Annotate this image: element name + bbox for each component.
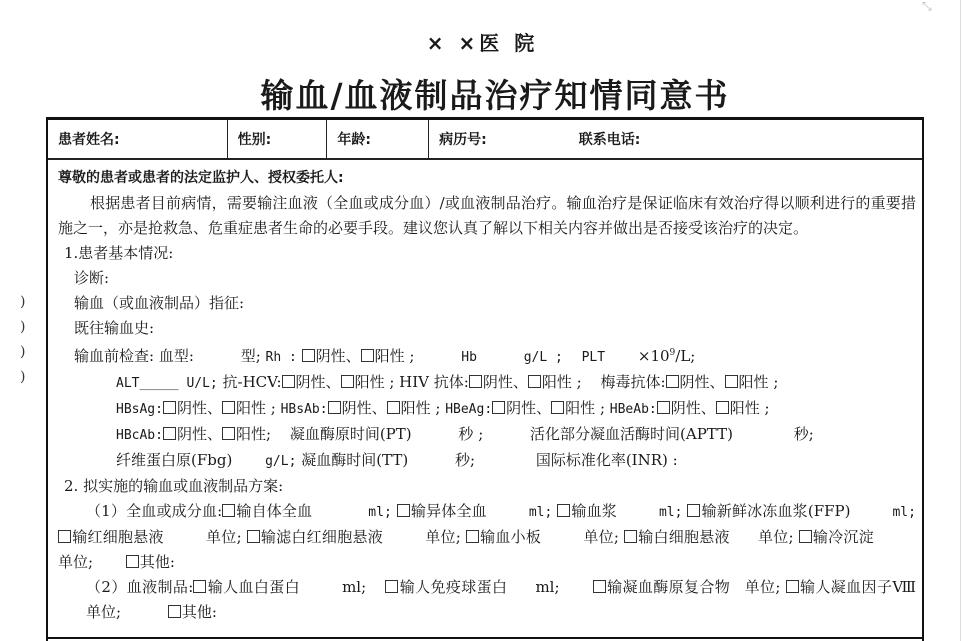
checkbox-immunoglobulin[interactable] [385, 580, 398, 593]
history-label: 既往输血史: [58, 316, 916, 341]
age-label: 年龄: [337, 129, 371, 149]
checkbox-plasma[interactable] [557, 504, 570, 517]
fbg-unit: g/L; [265, 454, 296, 469]
positive-label: 阳性 ; [730, 399, 770, 417]
checkbox-allogeneic-whole-blood[interactable] [397, 504, 410, 517]
item-label: 输血小板 [480, 528, 541, 546]
item-label: 输异体全血 [411, 502, 487, 520]
item-unit: 单位; [425, 528, 461, 546]
hbeag-label: HBeAg: [445, 402, 492, 417]
hbeab-label: HBeAb: [610, 402, 657, 417]
checkbox-hiv-negative[interactable] [469, 375, 482, 388]
positive-label: 阳性 ; [236, 399, 276, 417]
expand-arrows-icon[interactable]: ⤡ [922, 0, 942, 12]
tt-unit: 秒; [455, 451, 475, 469]
checkbox-cryoprecipitate[interactable] [799, 530, 812, 543]
lab-row-1: ALT_____ U/L; 抗-HCV:阴性、阳性 ; HIV 抗体:阴性、阳性… [58, 370, 916, 396]
item-label: 输自体全血 [236, 502, 312, 520]
salutation: 尊敬的患者或患者的法定监护人、授权委托人: [58, 166, 916, 191]
lab-row-3: HBcAb:阴性、阳性; 凝血酶原时间(PT) 秒 ; 活化部分凝血活酶时间(A… [58, 422, 916, 448]
checkbox-hiv-positive[interactable] [528, 375, 541, 388]
checkbox-hbeag-positive[interactable] [551, 401, 564, 414]
hbsag-label: HBsAg: [116, 402, 163, 417]
item-label: 其他: [140, 553, 175, 571]
hcv-label: 抗-HCV: [223, 373, 282, 391]
aptt-unit: 秒; [794, 425, 814, 443]
pretest-row: 输血前检查: 血型: 型; Rh : 阴性、阳性 ; Hb g/L ; PLT … [58, 341, 916, 370]
checkbox-other-whole-blood[interactable] [126, 555, 139, 568]
margin-mark: ) [20, 315, 25, 340]
record-number-label: 病历号: [439, 129, 487, 149]
blood-products-label: （2）血液制品: [86, 578, 193, 596]
checkbox-other-products[interactable] [168, 605, 181, 618]
sex-label: 性别: [238, 129, 272, 149]
negative-label: 阴性、 [680, 373, 725, 391]
inr-label: 国际标准化率(INR) : [536, 451, 678, 469]
negative-label: 阴性、 [506, 399, 551, 417]
pt-label: 凝血酶原时间(PT) [290, 425, 412, 443]
checkbox-hbeab-positive[interactable] [716, 401, 729, 414]
item-unit: ml; [892, 505, 915, 520]
whole-blood-plan: （1）全血或成分血:输自体全血ml; 输异体全血ml; 输血浆ml; 输新鲜冰冻… [58, 499, 916, 575]
item-unit: ml; [535, 578, 559, 596]
record-phone-field[interactable]: 病历号:联系电话: [429, 120, 922, 158]
item-label: 输滤白红细胞悬液 [261, 528, 383, 546]
positive-label: 阳性 ; [375, 347, 415, 365]
negative-label: 阴性、 [483, 373, 528, 391]
checkbox-rh-negative[interactable] [302, 349, 315, 362]
patient-name-field[interactable]: 患者姓名: [48, 120, 228, 158]
whole-blood-label: （1）全血或成分血: [86, 502, 222, 520]
checkbox-hbsab-negative[interactable] [328, 401, 341, 414]
item-unit: ml; [368, 505, 391, 520]
pt-unit: 秒 ; [458, 425, 483, 443]
hb-unit: g/L ; [524, 350, 563, 365]
checkbox-hbsag-positive[interactable] [222, 401, 235, 414]
checkbox-autologous-whole-blood[interactable] [222, 504, 235, 517]
checkbox-albumin[interactable] [193, 580, 206, 593]
positive-label: 阳性 ; [401, 399, 441, 417]
item-label: 其他: [182, 603, 217, 621]
negative-label: 阴性、 [342, 399, 387, 417]
hb-label: Hb [461, 350, 477, 365]
lab-row-4: 纤维蛋白原(Fbg) g/L; 凝血酶时间(TT) 秒; 国际标准化率(INR)… [58, 448, 916, 474]
item-unit: ml; [659, 505, 682, 520]
checkbox-prothrombin-complex[interactable] [593, 580, 606, 593]
patient-name-label: 患者姓名: [58, 129, 120, 149]
positive-label: 阳性 ; [565, 399, 605, 417]
checkbox-rh-positive[interactable] [361, 349, 374, 362]
tt-label: 凝血酶时间(TT) [301, 451, 408, 469]
checkbox-syphilis-positive[interactable] [725, 375, 738, 388]
item-label: 输人血白蛋白 [207, 578, 300, 596]
intro-paragraph: 根据患者目前病情，需要输注血液（全血或成分血）/或血液制品治疗。输血治疗是保证临… [58, 191, 916, 241]
checkbox-hbsag-negative[interactable] [163, 401, 176, 414]
item-unit: 单位; [58, 553, 93, 571]
blood-type-label: 血型: [159, 347, 194, 365]
section1-title: 1.患者基本情况: [58, 241, 916, 266]
age-field[interactable]: 年龄: [327, 120, 429, 158]
item-label: 输新鲜冰冻血浆(FFP) [701, 502, 850, 520]
negative-label: 阴性、 [177, 399, 222, 417]
negative-label: 阴性、 [671, 399, 716, 417]
item-label: 输血浆 [571, 502, 617, 520]
positive-label: 阳性 ; [542, 373, 582, 391]
aptt-label: 活化部分凝血活酶时间(APTT) [530, 425, 733, 443]
form-content: 尊敬的患者或患者的法定监护人、授权委托人: 根据患者目前病情，需要输注血液（全血… [48, 160, 922, 625]
checkbox-hcv-positive[interactable] [341, 375, 354, 388]
checkbox-hbsab-positive[interactable] [387, 401, 400, 414]
hbcab-label: HBcAb: [116, 428, 163, 443]
item-unit: 单位; [583, 528, 619, 546]
negative-label: 阴性、 [316, 347, 361, 365]
margin-mark: ) [20, 290, 25, 315]
pretest-label: 输血前检查: [74, 347, 154, 365]
item-label: 输凝血酶原复合物 [607, 578, 731, 596]
item-label: 输人凝血因子Ⅷ [800, 578, 916, 596]
item-unit: ml; [342, 578, 366, 596]
margin-mark: ) [20, 365, 25, 390]
negative-label: 阴性、 [296, 373, 341, 391]
checkbox-hcv-negative[interactable] [282, 375, 295, 388]
checkbox-hbeag-negative[interactable] [492, 401, 505, 414]
hiv-label: HIV 抗体: [399, 373, 469, 391]
margin-marks: ) ) ) ) [20, 290, 25, 390]
item-label: 输红细胞悬液 [72, 528, 164, 546]
rh-label: Rh : [266, 350, 297, 365]
checkbox-red-cell-suspension[interactable] [58, 530, 71, 543]
checkbox-hbeab-negative[interactable] [657, 401, 670, 414]
hbsab-label: HBsAb: [281, 402, 328, 417]
checkbox-platelets[interactable] [466, 530, 479, 543]
lab-row-2: HBsAg:阴性、阳性 ; HBsAb:阴性、阳性 ; HBeAg:阴性、阳性 … [58, 396, 916, 422]
negative-label: 阴性、 [177, 425, 222, 443]
plt-unit-suffix: /L; [675, 347, 695, 365]
fbg-label: 纤维蛋白原(Fbg) [116, 451, 232, 469]
section2-title: 2. 拟实施的输血或血液制品方案: [58, 474, 916, 499]
positive-label: 阳性; [236, 425, 271, 443]
checkbox-ffp[interactable] [687, 504, 700, 517]
phone-label: 联系电话: [579, 129, 641, 149]
blood-products-plan: （2）血液制品:输人血白蛋白ml; 输人免疫球蛋白ml; 输凝血酶原复合物单位;… [58, 575, 916, 625]
document-title: 输血/血液制品治疗知情同意书 [0, 70, 965, 117]
checkbox-syphilis-negative[interactable] [666, 375, 679, 388]
item-unit: 单位; [758, 528, 794, 546]
form-bottom-border [46, 637, 924, 639]
checkbox-factor-viii[interactable] [786, 580, 799, 593]
checkbox-hbcab-positive[interactable] [222, 427, 235, 440]
checkbox-white-cell-suspension[interactable] [624, 530, 637, 543]
plt-label: PLT [582, 350, 605, 365]
positive-label: 阳性 ; [739, 373, 779, 391]
margin-mark: ) [20, 340, 25, 365]
item-unit: ml; [529, 505, 552, 520]
indication-label: 输血（或血液制品）指征: [58, 291, 916, 316]
alt-label: ALT_____ U/L; [116, 376, 218, 391]
type-suffix: 型; [241, 347, 261, 365]
checkbox-leukoreduced-red-cells[interactable] [247, 530, 260, 543]
item-unit: 单位; [206, 528, 242, 546]
consent-form: 患者姓名: 性别: 年龄: 病历号:联系电话: 尊敬的患者或患者的法定监护人、授… [46, 117, 924, 641]
diagnosis-label: 诊断: [58, 266, 916, 291]
sex-field[interactable]: 性别: [228, 120, 328, 158]
item-label: 输冷沉淀 [813, 528, 874, 546]
plt-unit: ×10 [638, 347, 670, 365]
positive-label: 阳性 ; [355, 373, 395, 391]
patient-info-row: 患者姓名: 性别: 年龄: 病历号:联系电话: [48, 120, 922, 160]
item-label: 输人免疫球蛋白 [399, 578, 507, 596]
item-unit: 单位; [86, 603, 121, 621]
item-unit: 单位; [744, 578, 780, 596]
checkbox-hbcab-negative[interactable] [163, 427, 176, 440]
syphilis-label: 梅毒抗体: [600, 373, 665, 391]
hospital-name: × ×医 院 [0, 27, 965, 56]
item-label: 输白细胞悬液 [638, 528, 730, 546]
